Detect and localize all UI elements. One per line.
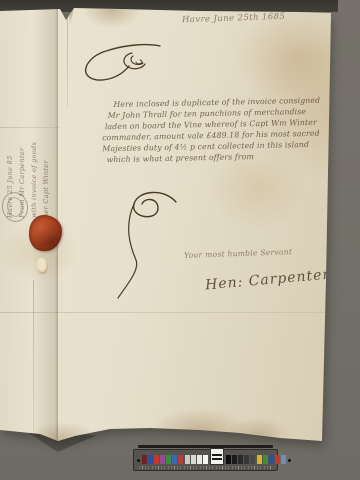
vertical-crease	[67, 8, 68, 108]
seal-residue	[37, 258, 48, 274]
registration-dot-left	[137, 459, 140, 462]
color-patches-right	[257, 455, 286, 464]
fold-notch	[64, 8, 76, 26]
digitized-letter-photograph: Havre June 25th 1685 Here inclosed is du…	[0, 0, 360, 480]
calibration-patch-row	[133, 449, 278, 471]
letter-body: Here inclosed is duplicate of the invoic…	[101, 95, 320, 166]
endorsement-line: with invoice of goods	[28, 106, 40, 218]
salutation-flourish	[80, 38, 165, 88]
grayscale-ramp-dark	[226, 455, 255, 464]
horizontal-fold-crease	[0, 312, 326, 313]
calibration-top-strip	[138, 445, 273, 448]
closing-salutation: Your most humble Servant	[184, 247, 292, 260]
focus-target	[210, 448, 224, 465]
color-patches-left	[142, 455, 183, 464]
letter-dateline: Havre June 25th 1685	[182, 11, 314, 26]
vertical-crease	[33, 280, 34, 432]
closing-paraph-flourish	[114, 186, 199, 304]
endorsement-line: per Capt Winter	[40, 106, 52, 218]
ruler-ticks	[139, 466, 272, 469]
signature: Hen: Carpenter	[205, 267, 331, 294]
letter-paper: Havre June 25th 1685 Here inclosed is du…	[0, 0, 334, 445]
color-calibration-target	[133, 445, 278, 471]
grayscale-ramp-light	[185, 455, 208, 464]
registration-dot-right	[288, 459, 291, 462]
